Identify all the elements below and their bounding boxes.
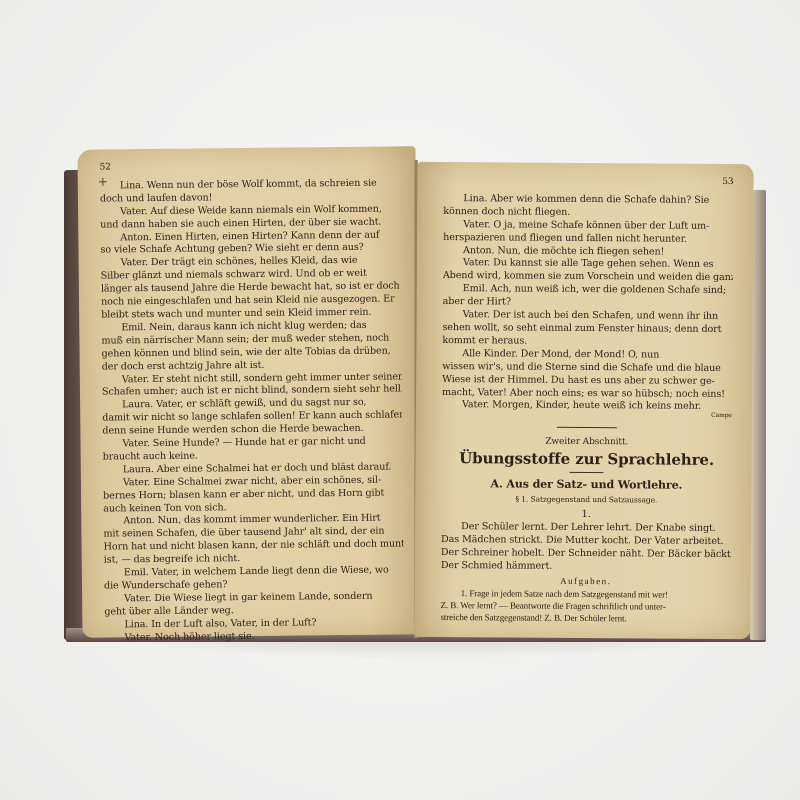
- left-page: 52 Lina. Wenn nun der böse Wolf kommt, d…: [77, 146, 420, 638]
- subsection-title: A. Aus der Satz- und Wortlehre.: [441, 478, 731, 493]
- section-title: Übungsstoffe zur Sprachlehre.: [442, 452, 732, 467]
- left-page-lines: Lina. Wenn nun der böse Wolf kommt, da s…: [100, 177, 405, 645]
- left-page-text: 52 Lina. Wenn nun der böse Wolf kommt, d…: [100, 158, 405, 645]
- text-line: Vater. Morgen, Kinder, heute weiß ich ke…: [442, 399, 732, 414]
- page-number-right: 53: [443, 174, 733, 189]
- right-page-text: 53 Lina. Aber wie kommen denn die Schafe…: [440, 174, 733, 625]
- right-page-dialogue: Lina. Aber wie kommen denn die Schafe da…: [442, 193, 734, 414]
- exercise-sentences: Der Schüler lernt. Der Lehrer lehrt. Der…: [441, 521, 731, 575]
- right-page: 53 Lina. Aber wie kommen denn die Schafe…: [414, 162, 753, 639]
- text-line: Der Schmied hämmert.: [441, 560, 731, 575]
- text-line: streiche den Satzgegenstand! Z. B. Der S…: [440, 611, 730, 625]
- paragraph-title: § 1. Satzgegenstand und Satzaussage.: [441, 493, 731, 508]
- section-label: Zweiter Abschnitt.: [442, 435, 732, 450]
- task-instructions: 1. Frage in jedem Satze nach dem Satzgeg…: [440, 587, 730, 625]
- section-divider: [557, 427, 617, 428]
- title-divider: [569, 472, 603, 473]
- pencil-mark-cross: +: [98, 174, 108, 188]
- page-number-left: 52: [100, 158, 400, 174]
- text-line: Wiese ist der Himmel. Du hast es uns abe…: [442, 374, 732, 389]
